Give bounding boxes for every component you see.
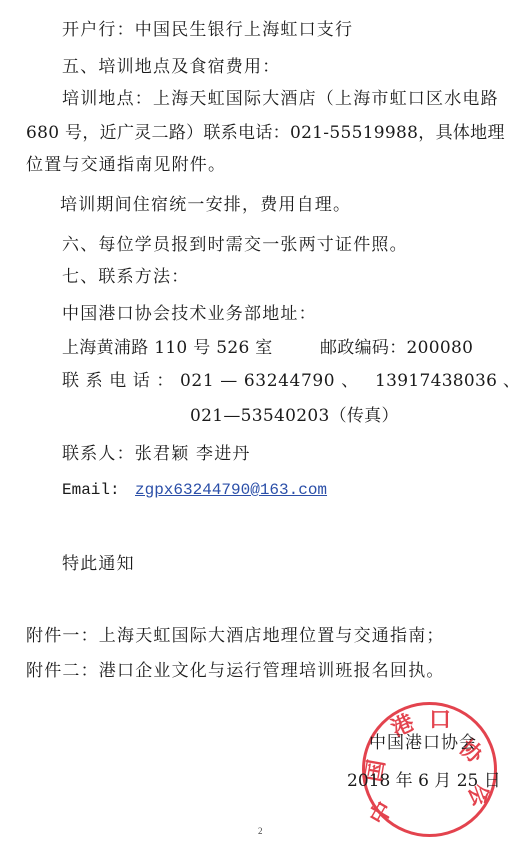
lodging-note: 培训期间住宿统一安排，费用自理。 xyxy=(60,194,351,216)
email-label: Email: xyxy=(62,479,120,501)
section6-heading: 六、每位学员报到时需交一张两寸证件照。 xyxy=(62,234,408,256)
seal-char: 口 xyxy=(429,703,451,734)
page-number: 2 xyxy=(258,826,263,836)
bank-line: 开户行：中国民生银行上海虹口支行 xyxy=(62,19,353,41)
contacts-line: 联系人：张君颖 李进丹 xyxy=(62,443,251,465)
fax-line: 021—53540203（传真） xyxy=(190,405,399,427)
phone-mobile: 13917438036 、 xyxy=(375,370,520,392)
attachment-2: 附件二：港口企业文化与运行管理培训班报名回执。 xyxy=(26,660,445,682)
venue-line-2: 680 号，近广灵二路）联系电话：021-55519988，具体地理 xyxy=(26,122,505,144)
section7-heading: 七、联系方法： xyxy=(62,266,189,288)
postcode: 邮政编码：200080 xyxy=(320,337,473,359)
address-label: 中国港口协会技术业务部地址： xyxy=(62,303,317,325)
venue-line-3: 位置与交通指南见附件。 xyxy=(26,154,226,176)
closing-text: 特此通知 xyxy=(62,553,135,575)
attachment-1: 附件一：上海天虹国际大酒店地理位置与交通指南； xyxy=(26,625,445,647)
address: 上海黄浦路 110 号 526 室 xyxy=(62,337,273,359)
signature-org: 中国港口协会 xyxy=(369,732,477,754)
section5-heading: 五、培训地点及食宿费用： xyxy=(62,56,280,78)
venue-line-1: 培训地点：上海天虹国际大酒店（上海市虹口区水电路 xyxy=(62,88,499,110)
email-link[interactable]: zgpx63244790@163.com xyxy=(135,479,327,501)
seal-char: 中 xyxy=(361,795,399,830)
signature-date: 2018 年 6 月 25 日 xyxy=(347,770,501,792)
phone-line: 联 系 电 话 ： 021 — 63244790 、 xyxy=(62,370,359,392)
